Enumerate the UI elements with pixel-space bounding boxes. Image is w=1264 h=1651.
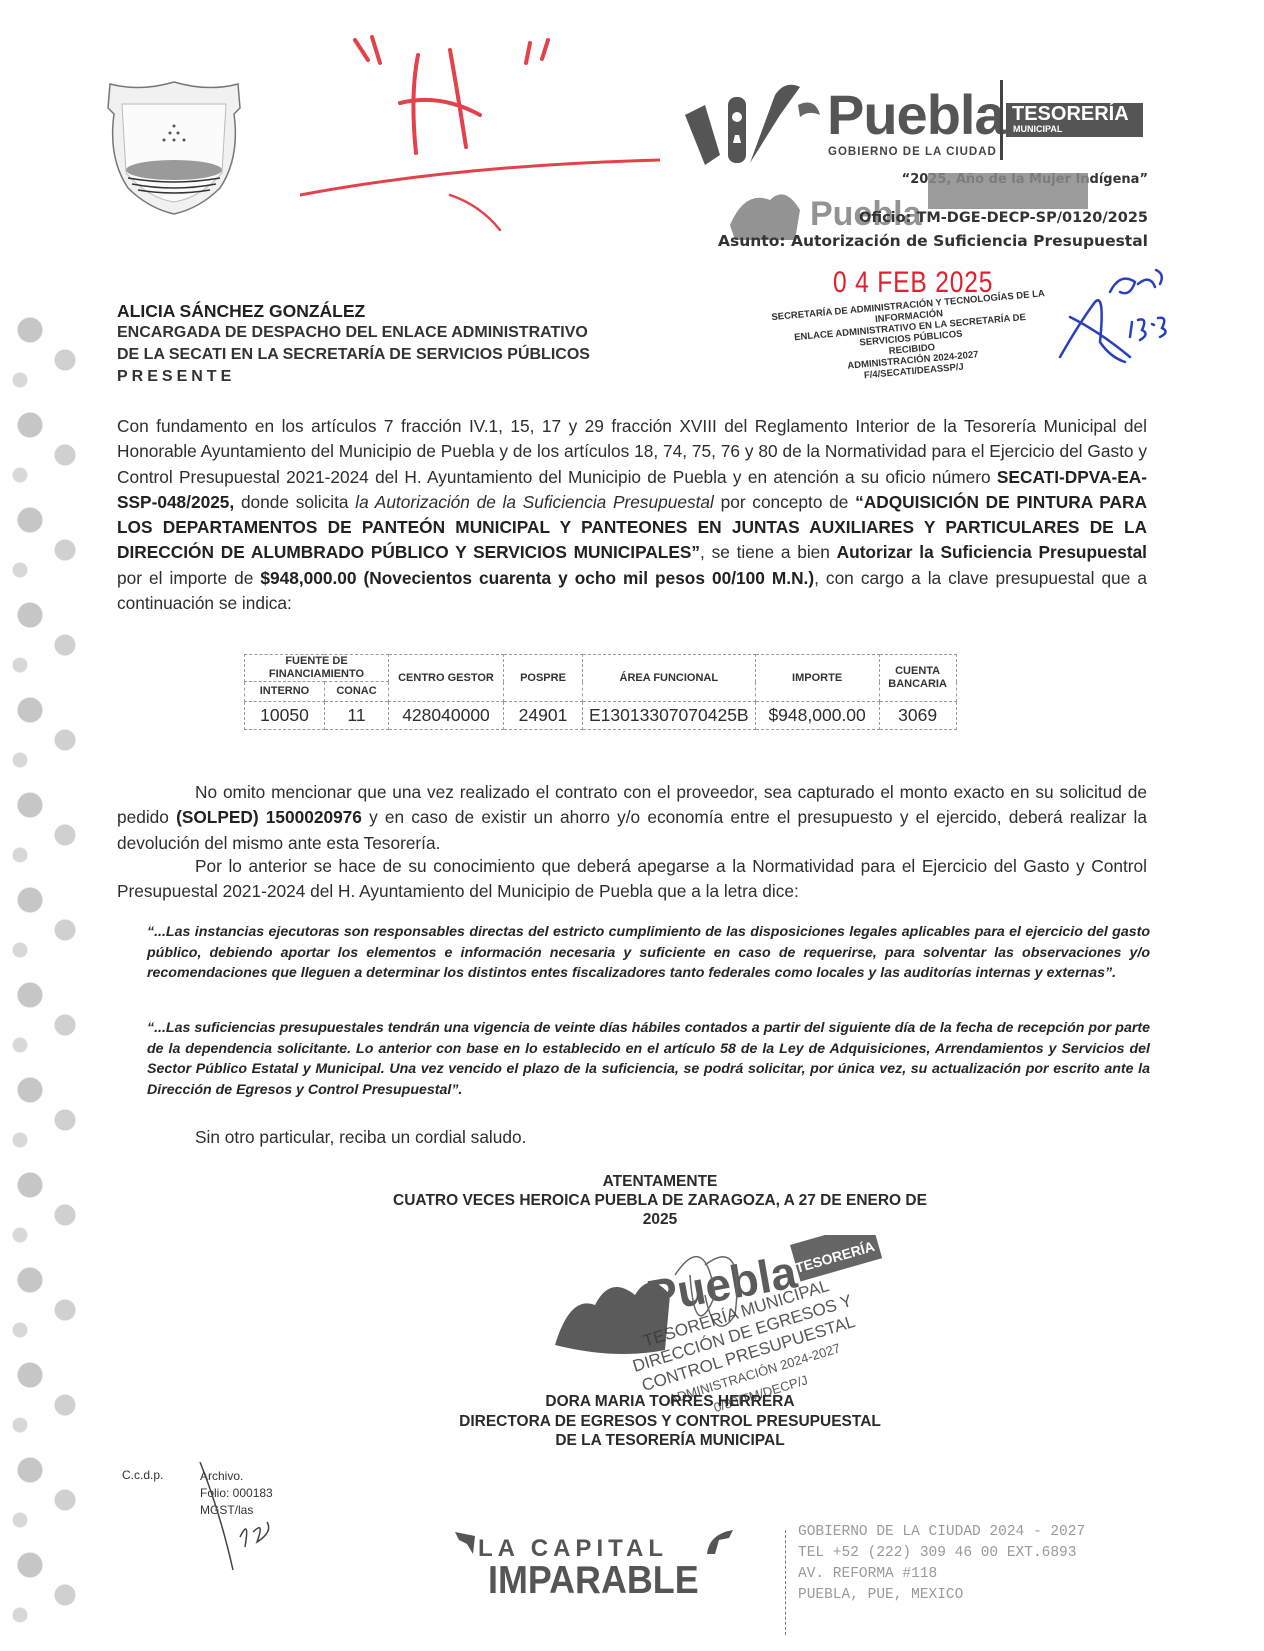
- signer-block: DORA MARIA TORRES HERRERA DIRECTORA DE E…: [400, 1392, 940, 1451]
- authorized-amount: $948,000.00 (Novecientos cuarenta y ocho…: [260, 568, 814, 588]
- slogan-line2: IMPARABLE: [488, 1559, 699, 1603]
- header-fuente: FUENTE DE FINANCIAMIENTO: [245, 655, 389, 682]
- cell-interno: 10050: [245, 702, 325, 730]
- received-stamp: SECRETARÍA DE ADMINISTRACIÓN Y TECNOLOGÍ…: [748, 286, 1075, 414]
- cell-importe: $948,000.00: [755, 702, 879, 730]
- cell-area-funcional: E13013307070425B: [583, 702, 756, 730]
- quote-instancias-ejecutoras: “...Las instancias ejecutoras son respon…: [147, 922, 1150, 984]
- address-line: GOBIERNO DE LA CIUDAD 2024 - 2027: [798, 1522, 1085, 1543]
- addressee-title: DE LA SECATI EN LA SECRETARÍA DE SERVICI…: [117, 344, 590, 366]
- text: por concepto de: [714, 492, 855, 512]
- header-conac: CONAC: [324, 682, 388, 702]
- header-cuenta-bancaria: CUENTA BANCARIA: [879, 655, 956, 702]
- atentamente-label: ATENTAMENTE: [380, 1172, 940, 1191]
- place-date: CUATRO VECES HEROICA PUEBLA DE ZARAGOZA,…: [380, 1191, 940, 1229]
- logo-divider: [1000, 80, 1003, 160]
- tesoreria-subtitle: MUNICIPAL: [1013, 124, 1062, 134]
- handwritten-a-mark: [300, 35, 660, 235]
- closing-salutation: Sin otro particular, reciba un cordial s…: [195, 1127, 526, 1148]
- paragraph-normatividad: Por lo anterior se hace de su conocimien…: [117, 854, 1147, 905]
- footer-address: GOBIERNO DE LA CIUDAD 2024 - 2027 TEL +5…: [798, 1522, 1085, 1606]
- paragraph-solped: No omito mencionar que una vez realizado…: [117, 780, 1147, 856]
- signer-name: DORA MARIA TORRES HERRERA: [400, 1392, 940, 1412]
- subject-line: Asunto: Autorización de Suficiencia Pres…: [718, 232, 1148, 250]
- text: Con fundamento en los artículos 7 fracci…: [117, 416, 1147, 487]
- header-pospre: POSPRE: [504, 655, 583, 702]
- solped-number: (SOLPED) 1500020976: [176, 807, 362, 827]
- text: por el importe de: [117, 568, 260, 588]
- address-line: TEL +52 (222) 309 46 00 EXT.6893: [798, 1543, 1085, 1564]
- authorization-text: Autorizar la Suficiencia Presupuestal: [837, 542, 1147, 562]
- addressee-title: ENCARGADA DE DESPACHO DEL ENLACE ADMINIS…: [117, 322, 590, 344]
- address-line: AV. REFORMA #118: [798, 1564, 1085, 1585]
- header-centro-gestor: CENTRO GESTOR: [389, 655, 504, 702]
- tesoreria-badge: TESORERÍA MUNICIPAL: [1006, 103, 1143, 137]
- header-importe: IMPORTE: [755, 655, 879, 702]
- addressee-block: ALICIA SÁNCHEZ GONZÁLEZ ENCARGADA DE DES…: [117, 300, 590, 388]
- oficio-number: Oficio: TM-DGE-DECP-SP/0120/2025: [859, 210, 1148, 226]
- addressee-name: ALICIA SÁNCHEZ GONZÁLEZ: [117, 300, 590, 322]
- table-row: 10050 11 428040000 24901 E13013307070425…: [245, 702, 957, 730]
- header-area-funcional: ÁREA FUNCIONAL: [583, 655, 756, 702]
- presente-label: PRESENTE: [117, 366, 590, 388]
- redaction-mark: [928, 173, 1088, 209]
- text: , se tiene a bien: [700, 542, 837, 562]
- wing-right-icon: [705, 1528, 735, 1556]
- city-shield-emblem: [100, 78, 248, 218]
- wing-left-icon: [455, 1530, 477, 1556]
- signer-title: DE LA TESORERÍA MUNICIPAL: [400, 1431, 940, 1451]
- logo-wordmark: Puebla: [827, 82, 1005, 147]
- address-line: PUEBLA, PUE, MEXICO: [798, 1585, 1085, 1606]
- text-italic: la Autorización de la Suficiencia Presup…: [355, 492, 714, 512]
- logo-subtitle: GOBIERNO DE LA CIUDAD: [828, 146, 997, 158]
- signer-title: DIRECTORA DE EGRESOS Y CONTROL PRESUPUES…: [400, 1412, 940, 1432]
- cell-pospre: 24901: [504, 702, 583, 730]
- initials-scribble: [195, 1462, 285, 1572]
- text: donde solicita: [234, 492, 355, 512]
- cell-centro-gestor: 428040000: [389, 702, 504, 730]
- handwritten-receipt-signature: [1050, 262, 1170, 372]
- ccp-label: C.c.d.p.: [122, 1468, 163, 1482]
- signature-heading: ATENTAMENTE CUATRO VECES HEROICA PUEBLA …: [380, 1172, 940, 1229]
- paragraph-fundamento: Con fundamento en los artículos 7 fracci…: [117, 414, 1147, 616]
- cell-conac: 11: [324, 702, 388, 730]
- tesoreria-title: TESORERÍA: [1012, 103, 1129, 126]
- footer-divider: [785, 1530, 787, 1635]
- cell-cuenta-bancaria: 3069: [879, 702, 956, 730]
- budget-key-table: FUENTE DE FINANCIAMIENTO CENTRO GESTOR P…: [244, 654, 957, 730]
- puebla-city-logo-icon: [680, 75, 830, 170]
- decorative-border: [0, 300, 90, 1640]
- quote-suficiencias-vigencia: “...Las suficiencias presupuestales tend…: [147, 1018, 1150, 1100]
- header-interno: INTERNO: [245, 682, 325, 702]
